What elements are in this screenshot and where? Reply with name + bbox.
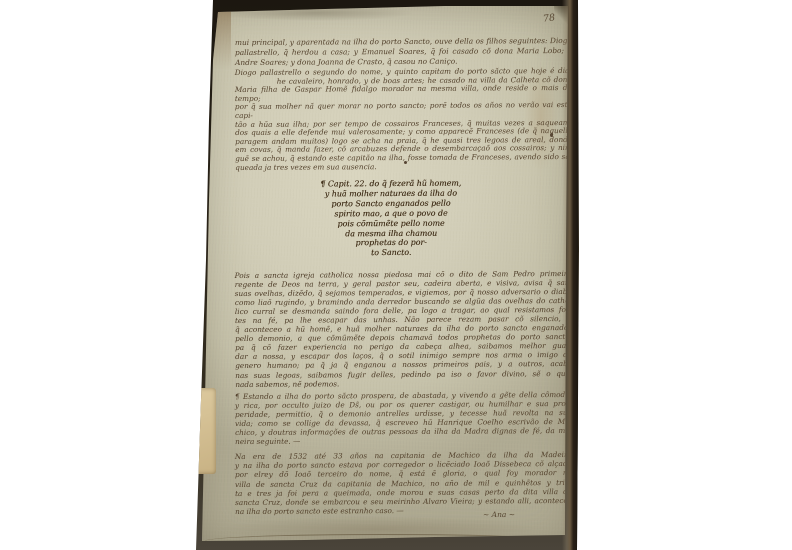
manuscript-line: nada sabemos, nẽ podemos. (235, 378, 572, 389)
manuscript-line: na ilha do porto sancto este estranho ca… (235, 505, 572, 516)
manuscript-line: to Sancto. (307, 248, 475, 259)
document-viewer-canvas: 78 mui principal, y aparentada na ilha d… (0, 0, 792, 550)
repair-tape-patch (194, 388, 216, 474)
manuscript-line: queada ja tres vezes em sua ausencia. (235, 162, 572, 173)
stain (215, 5, 415, 21)
page-number: 78 (542, 12, 555, 24)
paragraph-captain-diogo: Diogo pallastrello o segundo do nome, y … (235, 67, 573, 172)
paragraph-church: Pois a sancta igreja catholica nossa pie… (235, 269, 573, 389)
chapter-heading: ¶ Capit. 22. do q̃ fezerã hũ homem,y huã… (307, 178, 475, 258)
stain (211, 0, 231, 70)
catchword: ~ Ana ~ (483, 510, 515, 519)
paragraph-opening: mui principal, y aparentada na ilha do p… (235, 36, 572, 68)
manuscript-line: porto Sancto enganados pello (307, 198, 475, 209)
paragraph-na-era: Na era de 1532 até 33 años na capitania … (235, 450, 572, 516)
book-gutter-edge (562, 0, 578, 550)
paragraph-estando: ¶ Estando a ilha do porto sãcto prospera… (235, 390, 572, 446)
manuscript-page: 78 mui principal, y aparentada na ilha d… (195, 0, 580, 550)
manuscript-scan-image: 78 mui principal, y aparentada na ilha d… (195, 0, 580, 550)
paper-crease (205, 534, 563, 541)
manuscript-line: neira seguinte. — (235, 435, 572, 446)
